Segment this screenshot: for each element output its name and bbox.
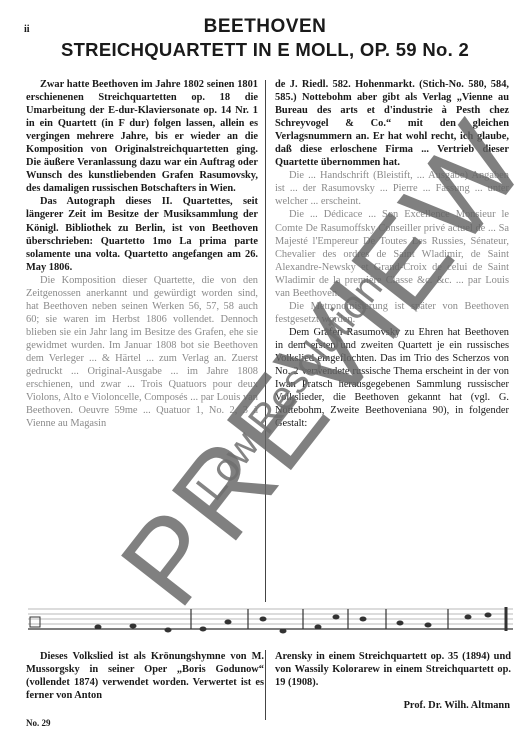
right-paragraph-3: Die ... Dédicace ... Son Excellence Mons… (275, 208, 509, 299)
bottom-right-paragraph: Arensky in einem Streichquartett op. 35 … (275, 650, 511, 689)
left-paragraph-2: Das Autograph dieses II. Quartettes, sei… (26, 195, 258, 273)
column-divider-bottom (265, 650, 266, 720)
work-title-heading: STREICHQUARTETT IN E MOLL, OP. 59 No. 2 (0, 39, 530, 61)
right-paragraph-2: Die ... Handschrift (Bleistift, ... Ausg… (275, 169, 509, 208)
right-paragraph-4: Die Metronomisierung ist später von Beet… (275, 300, 509, 326)
plate-number: No. 29 (26, 718, 51, 728)
right-paragraph-1: de J. Riedl. 582. Hohenmarkt. (Stich-No.… (275, 78, 509, 169)
bottom-right-text: Arensky in einem Streichquartett op. 35 … (275, 650, 511, 689)
right-paragraph-5: Dem Grafen Rasumovsky zu Ehren hat Beeth… (275, 326, 509, 430)
composer-heading: BEETHOVEN (0, 16, 530, 38)
left-paragraph-3: Die Komposition dieser Quartette, die vo… (26, 274, 258, 431)
column-divider (265, 80, 266, 602)
left-paragraph-1: Zwar hatte Beethoven im Jahre 1802 seine… (26, 78, 258, 195)
bottom-left-paragraph: Dieses Volkslied ist als Krönungshymne v… (26, 650, 264, 702)
right-text-column: de J. Riedl. 582. Hohenmarkt. (Stich-No.… (275, 78, 509, 430)
music-staff-example (28, 603, 513, 639)
left-text-column: Zwar hatte Beethoven im Jahre 1802 seine… (26, 78, 258, 430)
author-signature: Prof. Dr. Wilh. Altmann (404, 700, 510, 711)
bottom-left-text: Dieses Volkslied ist als Krönungshymne v… (26, 650, 264, 702)
